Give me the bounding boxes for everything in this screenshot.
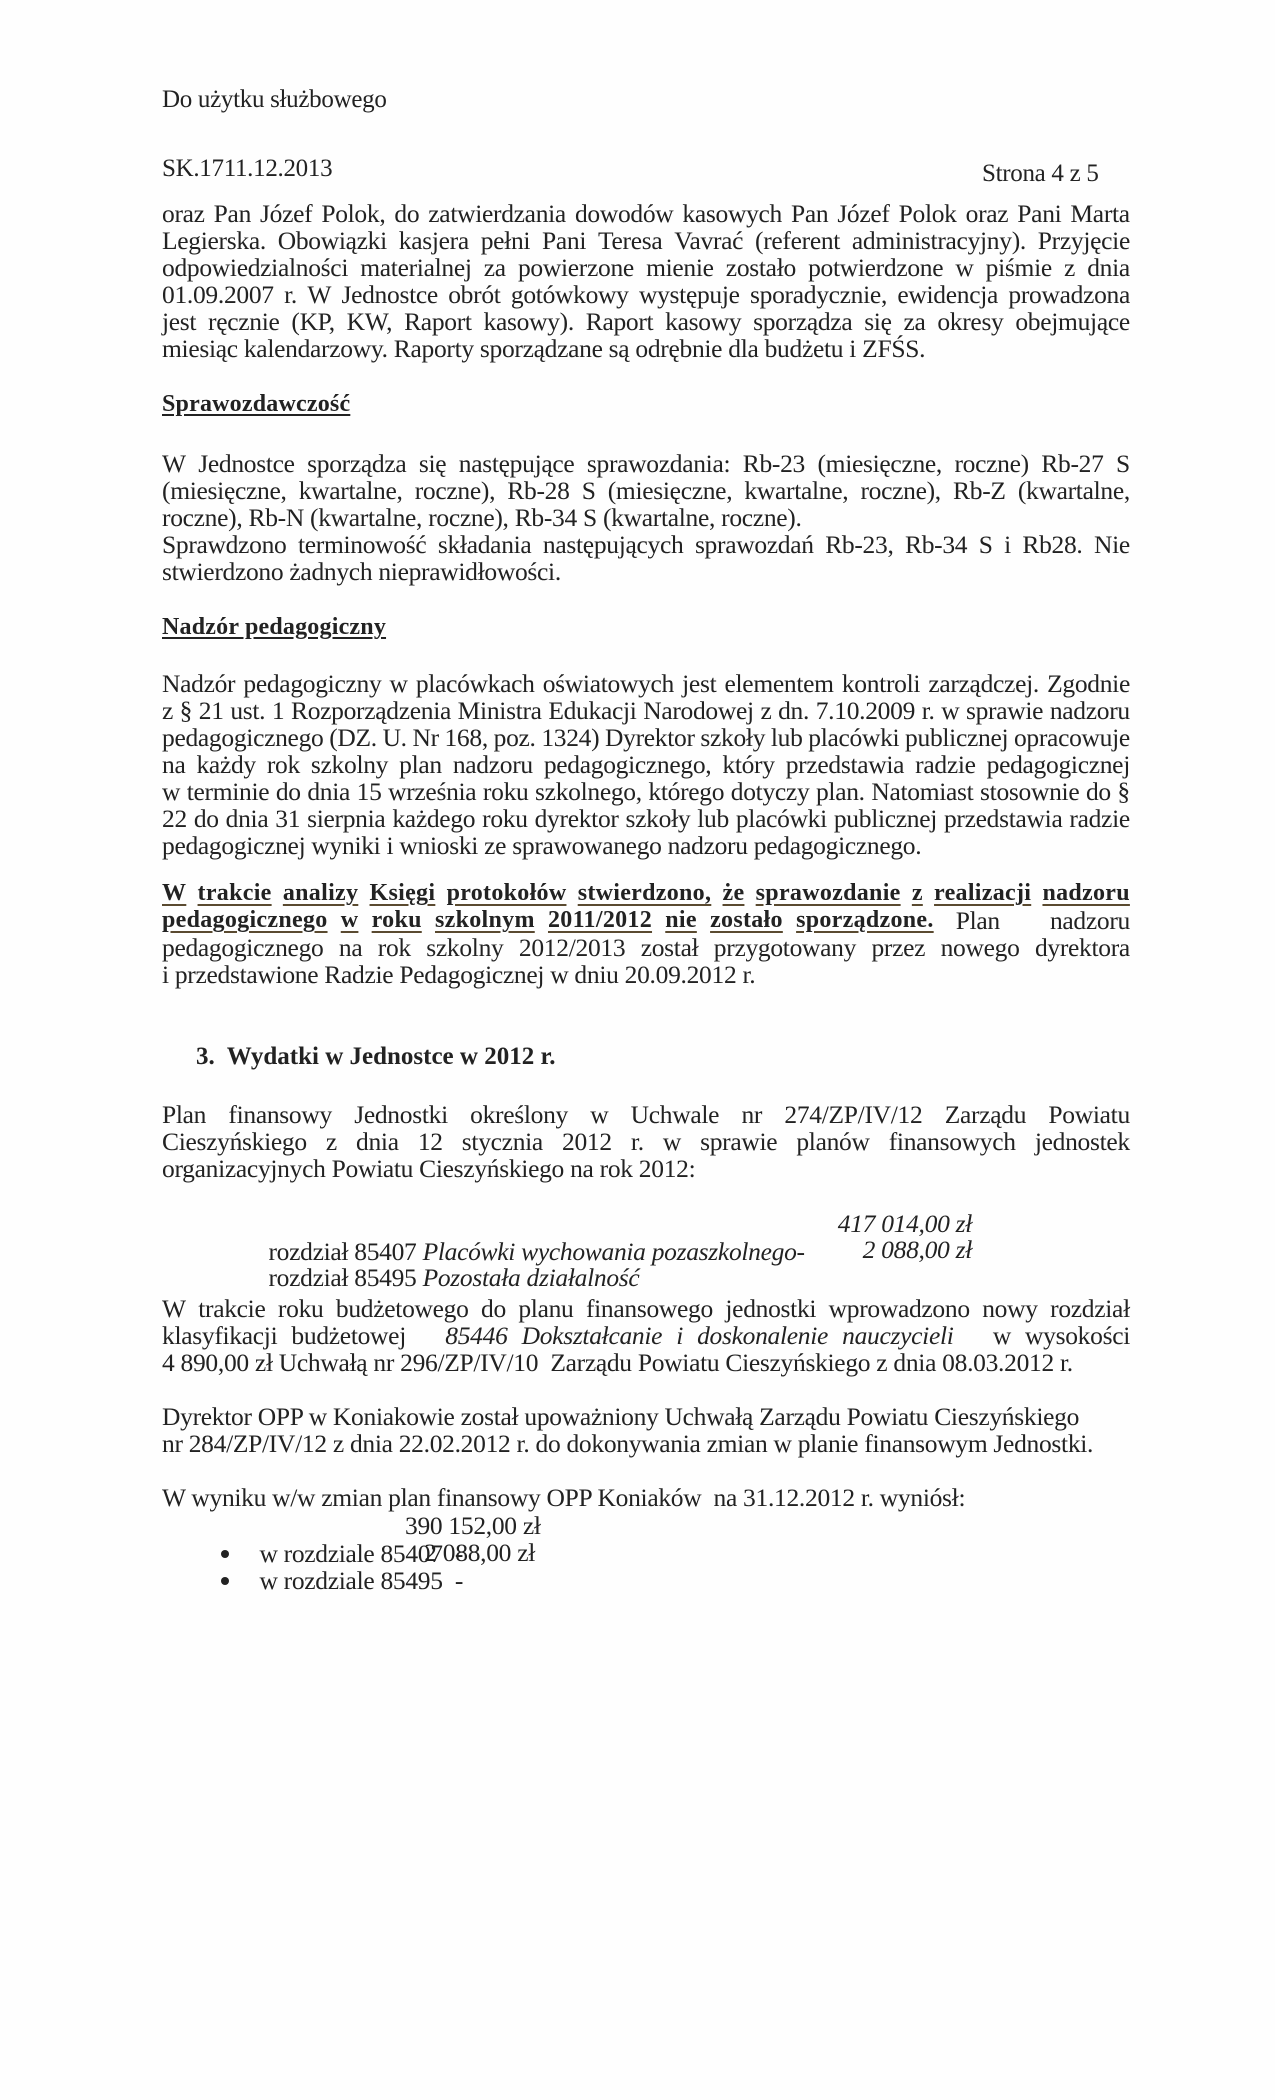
- text-line: PlanfinansowyJednostkiokreślonywUchwalen…: [162, 1101, 1130, 1129]
- text-line: nakażdyrokszkolnyplannadzorupedagogiczne…: [162, 751, 1130, 779]
- text-line: orazPanJózefPolok,dozatwierdzaniadowodów…: [162, 200, 1130, 228]
- text-line: organizacyjnych Powiatu Cieszyńskiego na…: [162, 1155, 1130, 1183]
- text-line: jestręcznie(KP,KW,Raportkasowy).Raportka…: [162, 308, 1130, 336]
- text-line: Cieszyńskiegozdnia12stycznia2012r.wspraw…: [162, 1128, 1130, 1156]
- plan-item-amount: 417 014,00 zł: [832, 1210, 972, 1238]
- section-heading-expenses: 3. Wydatki w Jednostce w 2012 r.: [196, 1043, 556, 1071]
- list-item-amount: 390 152,00 zł: [405, 1512, 535, 1540]
- text-line: 4 890,00 zł Uchwałą nr 296/ZP/IV/10 Zarz…: [162, 1349, 1130, 1377]
- text-fragment: w wysokości: [993, 1322, 1130, 1350]
- text-line: roczne), Rb-N (kwartalne, roczne), Rb-34…: [162, 504, 1130, 532]
- text-line: pedagogicznej wyniki i wnioski ze sprawo…: [162, 832, 1130, 860]
- text-line: klasyfikacji budżetowej 85446 Dokształca…: [162, 1322, 1130, 1350]
- bullet-icon: [221, 1577, 229, 1585]
- plan-item-amount: 2 088,00 zł: [832, 1236, 972, 1264]
- text-line: odpowiedzialnościmaterialnejzapowierzone…: [162, 254, 1130, 282]
- text-line: Wtrakcierokubudżetowegodoplanufinansoweg…: [162, 1295, 1130, 1323]
- text-line: stwierdzono żadnych nieprawidłowości.: [162, 558, 1130, 586]
- text-line: 01.09.2007r.WJednostceobrótgotówkowywyst…: [162, 281, 1130, 309]
- list-item-label: w rozdziale 85495 -: [259, 1566, 463, 1595]
- text-fragment: klasyfikacji budżetowej: [162, 1322, 406, 1350]
- text-line: W wyniku w/w zmian plan finansowy OPP Ko…: [162, 1484, 965, 1512]
- text-line: miesiąc kalendarzowy. Raporty sporządzan…: [162, 335, 1130, 363]
- text-line: WJednostcesporządzasięnastępującesprawoz…: [162, 450, 1130, 478]
- text-line: Sprawdzonoterminowośćskładanianastępując…: [162, 531, 1130, 559]
- text-line: wterminiedodnia15wrześniarokuszkolnego,k…: [162, 778, 1130, 806]
- list-item-amount: 2 088,00 zł: [405, 1539, 535, 1567]
- finding-line: pedagogicznegowrokuszkolnym2011/2012niez…: [162, 907, 1130, 935]
- text-line: Dyrektor OPP w Koniakowie został upoważn…: [162, 1403, 1079, 1431]
- document-reference: SK.1711.12.2013: [162, 155, 332, 183]
- text-line: pedagogicznegonarokszkolny2012/2013zosta…: [162, 934, 1130, 962]
- text-line: i przedstawione Radzie Pedagogicznej w d…: [162, 961, 1130, 989]
- finding-rest: Plannadzoru: [934, 907, 1130, 935]
- text-line: Legierska.ObowiązkikasjerapełniPaniTeres…: [162, 227, 1130, 255]
- page-number: Strona 4 z 5: [982, 160, 1099, 188]
- text-line: Nadzórpedagogicznywplacówkachoświatowych…: [162, 670, 1130, 698]
- chapter-number: rozdział 85495: [268, 1263, 422, 1292]
- text-line: nr 284/ZP/IV/12 z dnia 22.02.2012 r. do …: [162, 1430, 1093, 1458]
- finding-line: WtrakcieanalizyKsięgiprotokołówstwierdzo…: [162, 880, 1130, 908]
- section-heading-supervision: Nadzór pedagogiczny: [162, 614, 386, 641]
- finding-emphasis: pedagogicznegowrokuszkolnym2011/2012niez…: [162, 907, 934, 935]
- section-heading-reporting: Sprawozdawczość: [162, 391, 350, 418]
- document-page: Do użytku służbowego SK.1711.12.2013 Str…: [0, 0, 1275, 2100]
- classification-label: Do użytku służbowego: [162, 86, 387, 114]
- chapter-name: 85446 Dokształcanie i doskonalenie naucz…: [445, 1322, 953, 1350]
- text-line: (miesięczne,kwartalne,roczne),Rb-28S(mie…: [162, 477, 1130, 505]
- text-line: pedagogicznego(DZ.U.Nr168,poz.1324)Dyrek…: [162, 724, 1130, 752]
- chapter-name: Pozostała działalność: [423, 1263, 640, 1292]
- text-line: z§21ust.1RozporządzeniaMinistraEdukacjiN…: [162, 697, 1130, 725]
- text-line: 22dodnia31sierpniakażdegorokudyrektorszk…: [162, 805, 1130, 833]
